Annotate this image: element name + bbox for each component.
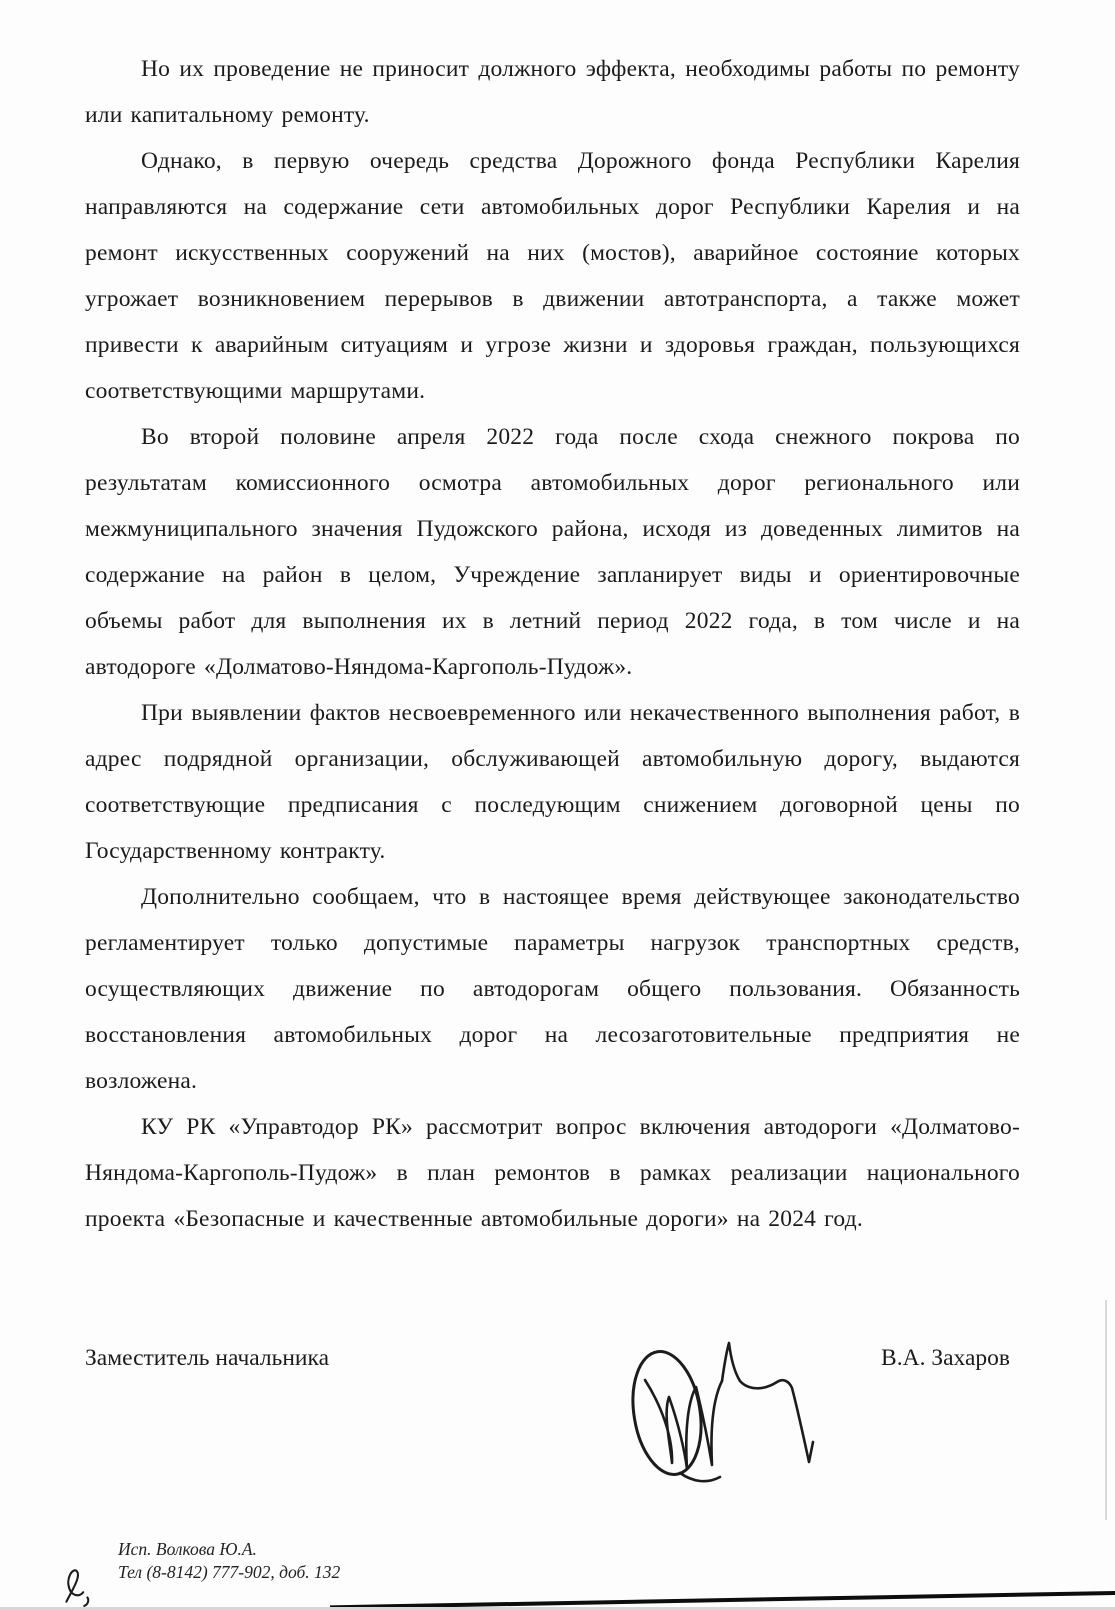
- paragraph: КУ РК «Управтодор РК» рассмотрит вопрос …: [85, 1104, 1020, 1242]
- scan-right-edge: [1105, 1300, 1107, 1520]
- letter-body: Но их проведение не приносит должного эф…: [85, 46, 1020, 1242]
- phone-line: Тел (8-8142) 777-902, доб. 132: [118, 1561, 340, 1584]
- paragraph: Однако, в первую очередь средства Дорожн…: [85, 138, 1020, 414]
- handwritten-signature-icon: [585, 1285, 815, 1485]
- scanned-letter-page: Но их проведение не приносит должного эф…: [0, 0, 1115, 1610]
- paragraph: Но их проведение не приносит должного эф…: [85, 46, 1020, 138]
- paragraph: Дополнительно сообщаем, что в настоящее …: [85, 874, 1020, 1104]
- paragraph: При выявлении фактов несвоевременного ил…: [85, 690, 1020, 874]
- handwritten-mark-icon: [58, 1566, 100, 1608]
- signer-name: В.А. Захаров: [881, 1338, 1020, 1378]
- signer-position-title: Заместитель начальника: [85, 1338, 329, 1378]
- executor-line: Исп. Волкова Ю.А.: [118, 1538, 340, 1561]
- paragraph: Во второй половине апреля 2022 года посл…: [85, 414, 1020, 690]
- footer-executor-info: Исп. Волкова Ю.А. Тел (8-8142) 777-902, …: [118, 1538, 340, 1584]
- signature-block: Заместитель начальника В.А. Захаров: [85, 1338, 1020, 1378]
